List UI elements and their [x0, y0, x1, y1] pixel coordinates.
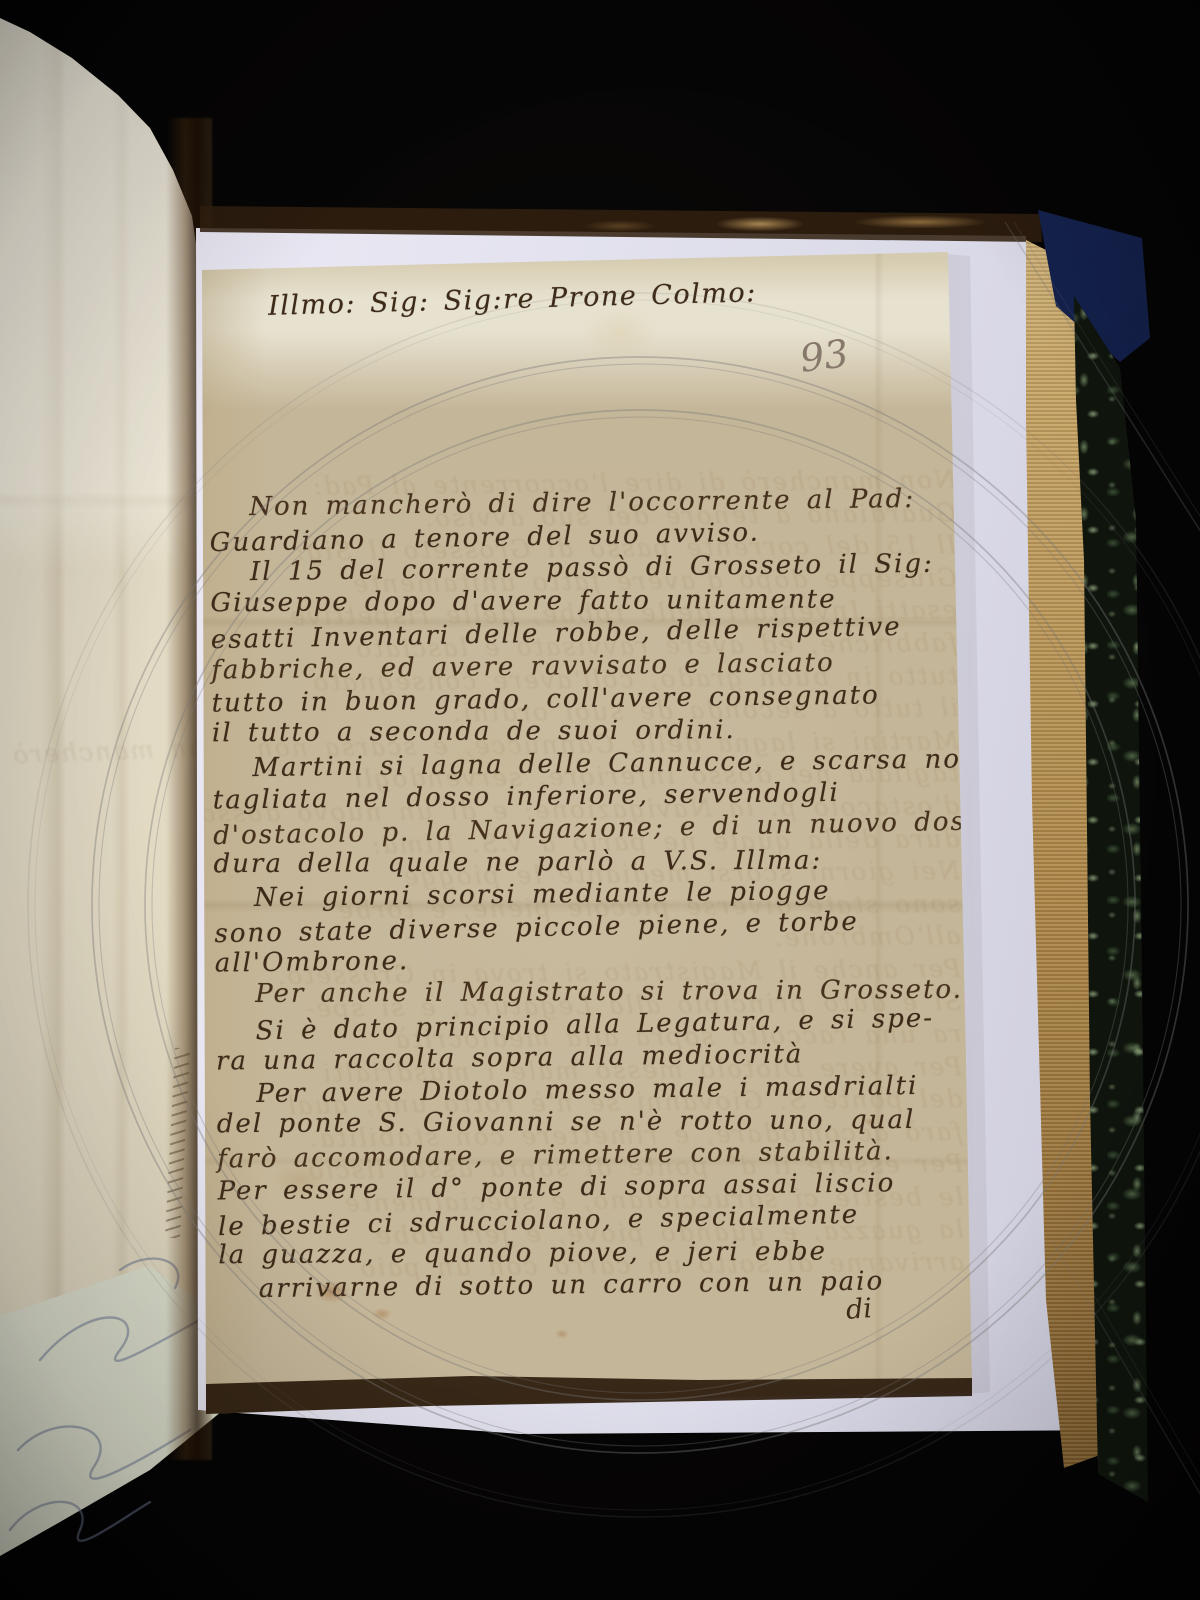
manuscript-line: dura della quale ne parlò a V.S. Illma:: [214, 843, 959, 880]
manuscript-photo: Non mancherò di dire l'occorrente al Pad…: [0, 0, 1200, 1600]
page-number: 93: [797, 331, 850, 381]
manuscript-line: la guazza, e quando piove, e jeri ebbe: [218, 1234, 963, 1271]
letter-body: Non mancherò di dire l'occorrente al Pad…: [209, 482, 964, 1306]
manuscript-line: il tutto a seconda de suoi ordini.: [212, 713, 957, 750]
manuscript-line: del ponte S. Giovanni se n'è rotto uno, …: [217, 1104, 962, 1141]
catchword: di: [845, 1293, 873, 1326]
